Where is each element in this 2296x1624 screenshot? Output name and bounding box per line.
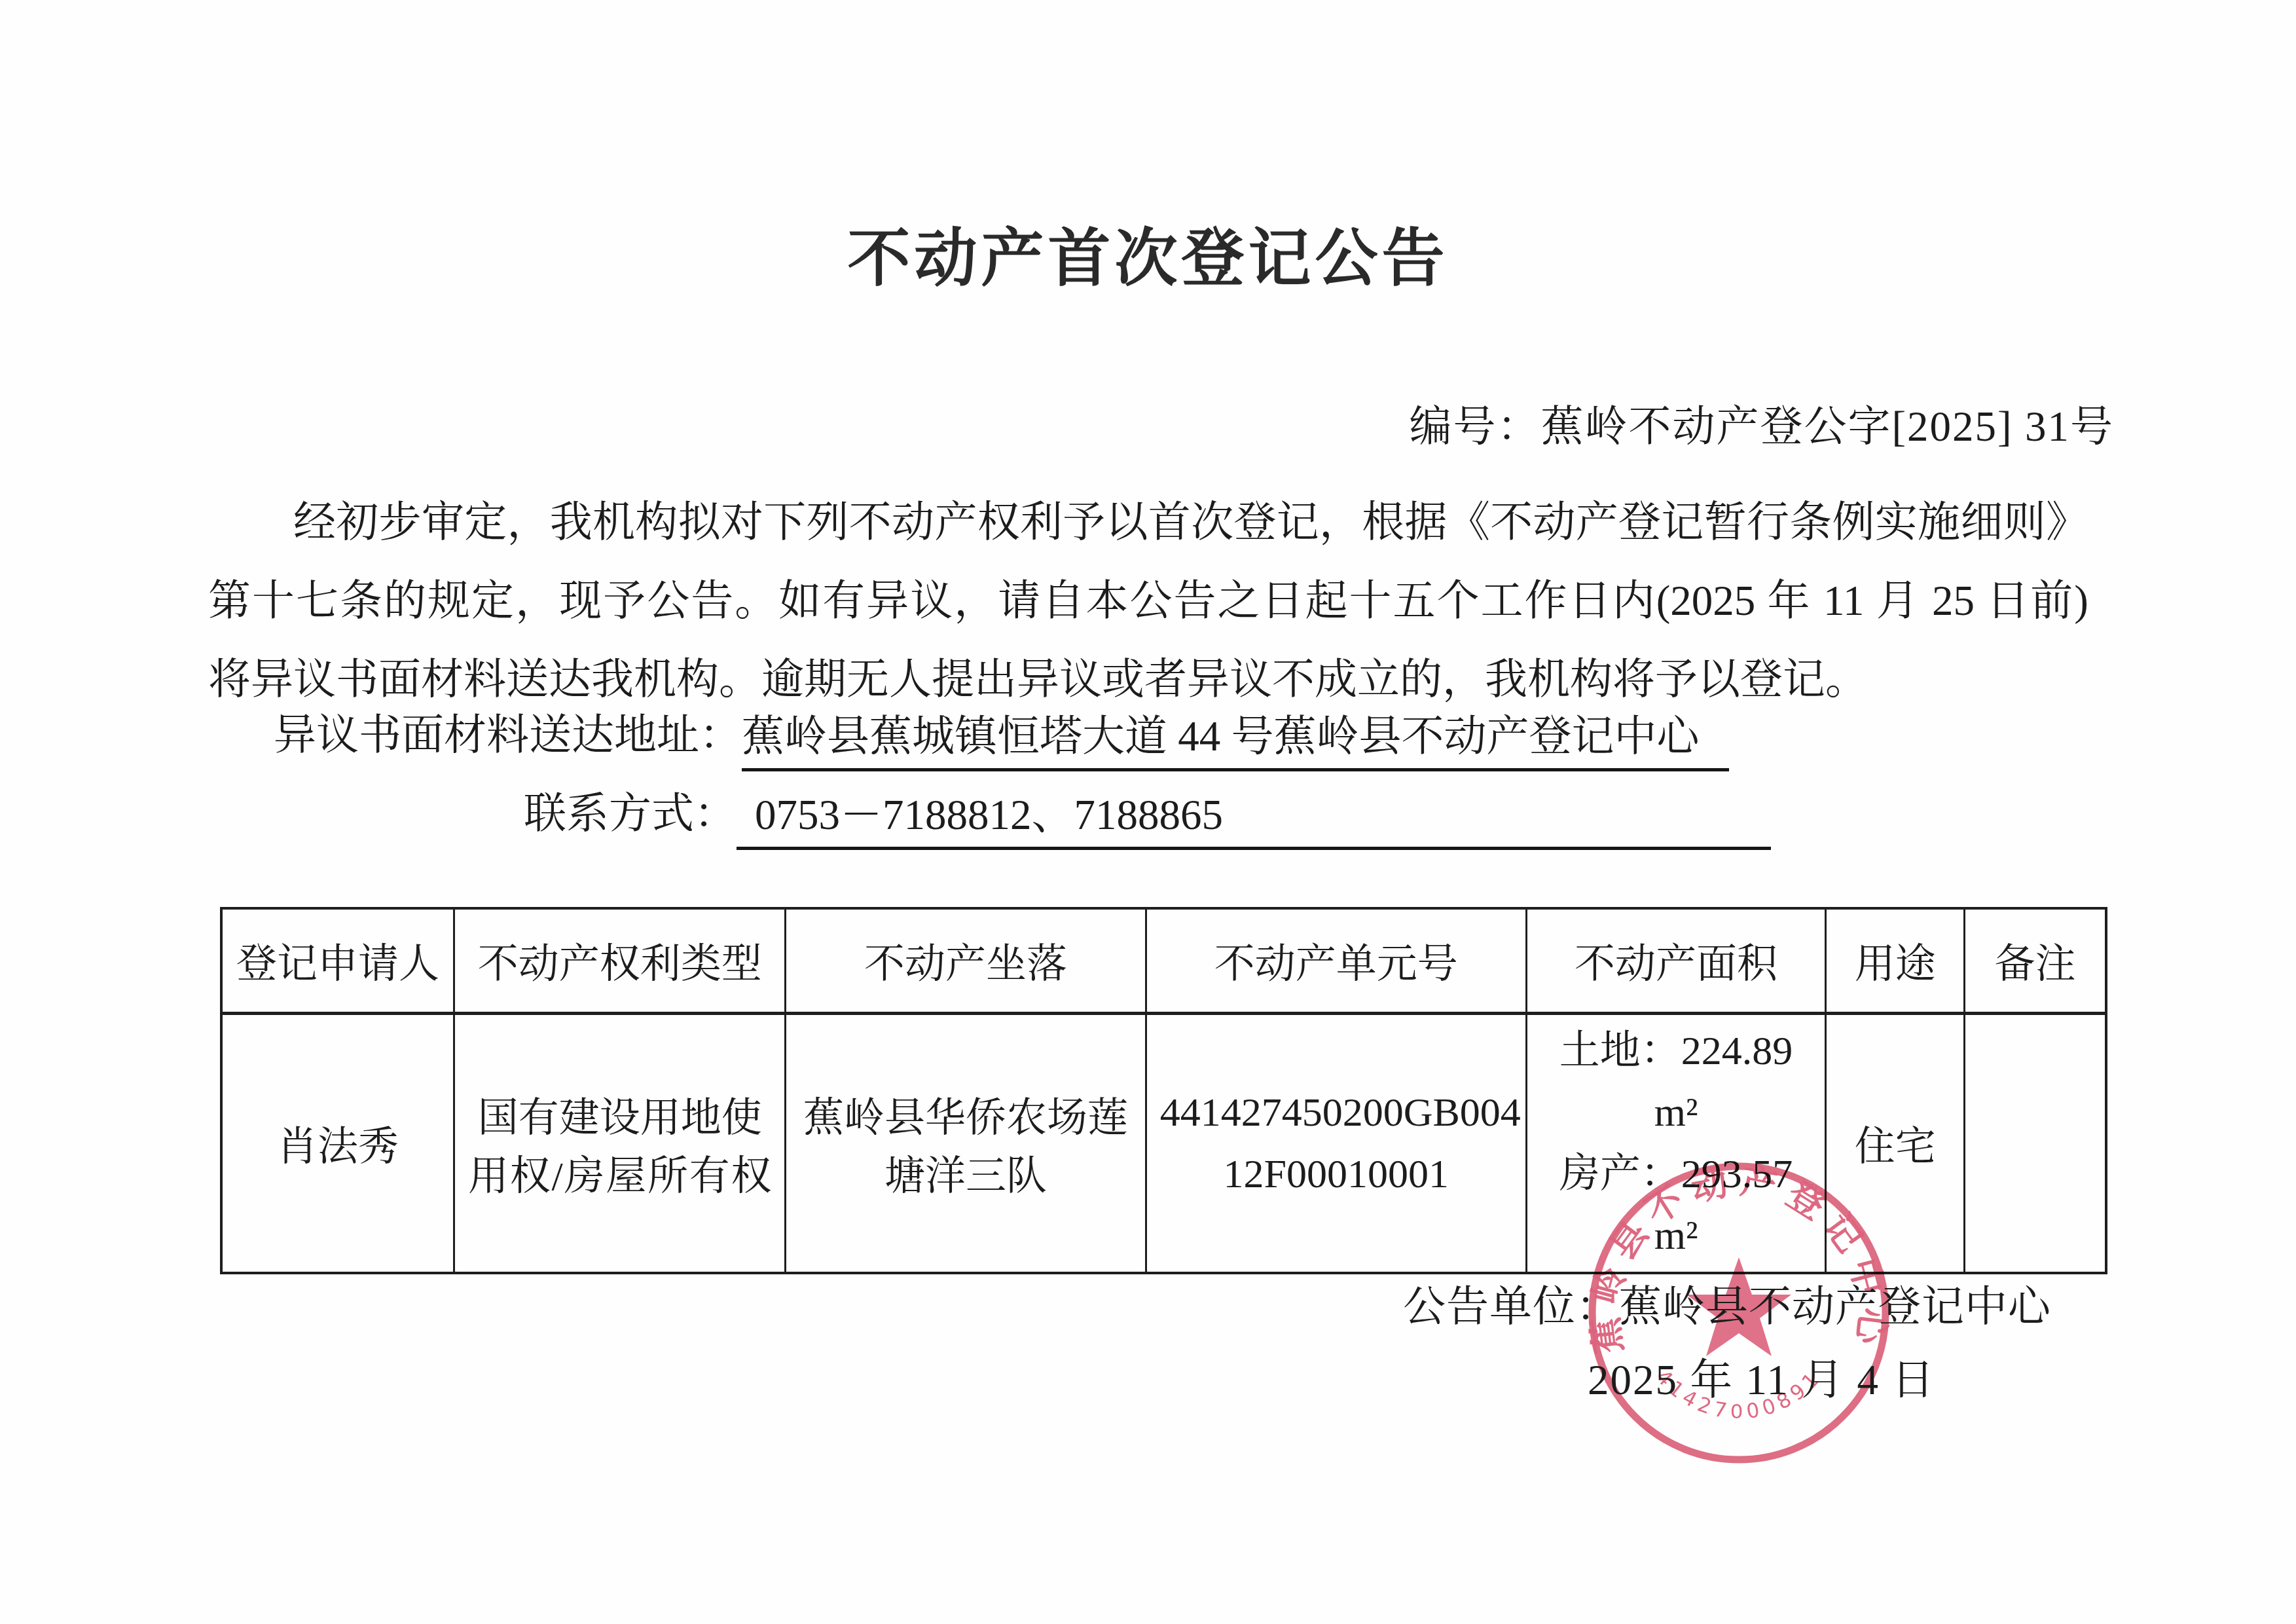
table-header-row: 登记申请人 不动产权利类型 不动产坐落 不动产单元号 不动产面积 用途 备注: [221, 908, 2106, 1013]
address-line: 异议书面材料送达地址：蕉岭县蕉城镇恒塔大道 44 号蕉岭县不动产登记中心: [274, 699, 1729, 771]
paragraph-line-2: 第十七条的规定，现予公告。如有异议，请自本公告之日起十五个工作日内(2025 年…: [208, 562, 2088, 640]
cell-area: 土地：224.89 m² 房产：293.57 m²: [1526, 1013, 1825, 1273]
header-remark: 备注: [1964, 908, 2106, 1013]
header-right-type: 不动产权利类型: [454, 908, 786, 1013]
area-land: 土地：224.89 m²: [1540, 1020, 1812, 1143]
header-unit-no: 不动产单元号: [1146, 908, 1526, 1013]
header-area: 不动产面积: [1526, 908, 1825, 1013]
area-house: 房产：293.57 m²: [1540, 1143, 1812, 1266]
paragraph-line-1: 经初步审定，我机构拟对下列不动产权利予以首次登记，根据《不动产登记暂行条例实施细…: [208, 483, 2088, 562]
cell-location: 蕉岭县华侨农场莲塘洋三队: [786, 1013, 1146, 1273]
page-title: 不动产首次登记公告: [0, 208, 2296, 298]
footer-date: 2025 年 11 月 4 日: [1588, 1345, 1935, 1407]
unit-no-line-1: 441427450200GB004: [1160, 1082, 1512, 1143]
header-applicant: 登记申请人: [221, 908, 454, 1013]
cell-right-type: 国有建设用地使用权/房屋所有权: [454, 1013, 786, 1273]
header-usage: 用途: [1826, 908, 1965, 1013]
cell-remark: [1964, 1013, 2106, 1273]
unit-no-line-2: 12F00010001: [1160, 1143, 1512, 1205]
address-label: 异议书面材料送达地址：: [274, 712, 742, 759]
registration-table: 登记申请人 不动产权利类型 不动产坐落 不动产单元号 不动产面积 用途 备注 肖…: [220, 907, 2107, 1274]
cell-unit-no: 441427450200GB004 12F00010001: [1146, 1013, 1526, 1273]
footer-unit: 公告单位：蕉岭县不动产登记中心: [1403, 1272, 2051, 1333]
header-location: 不动产坐落: [786, 908, 1146, 1013]
cell-usage: 住宅: [1826, 1013, 1965, 1273]
contact-value: 0753－7188812、7188865: [737, 784, 1771, 850]
cell-applicant: 肖法秀: [221, 1013, 454, 1273]
doc-number: 编号：蕉岭不动产登公字[2025] 31号: [1409, 392, 2114, 453]
contact-label: 联系方式：: [524, 790, 737, 838]
address-value: 蕉岭县蕉城镇恒塔大道 44 号蕉岭县不动产登记中心: [742, 705, 1729, 771]
announcement-document: 不动产首次登记公告 编号：蕉岭不动产登公字[2025] 31号 经初步审定，我机…: [0, 0, 2296, 1624]
contact-line: 联系方式：0753－7188812、7188865: [524, 778, 1771, 850]
table-row: 肖法秀 国有建设用地使用权/房屋所有权 蕉岭县华侨农场莲塘洋三队 4414274…: [221, 1013, 2106, 1273]
